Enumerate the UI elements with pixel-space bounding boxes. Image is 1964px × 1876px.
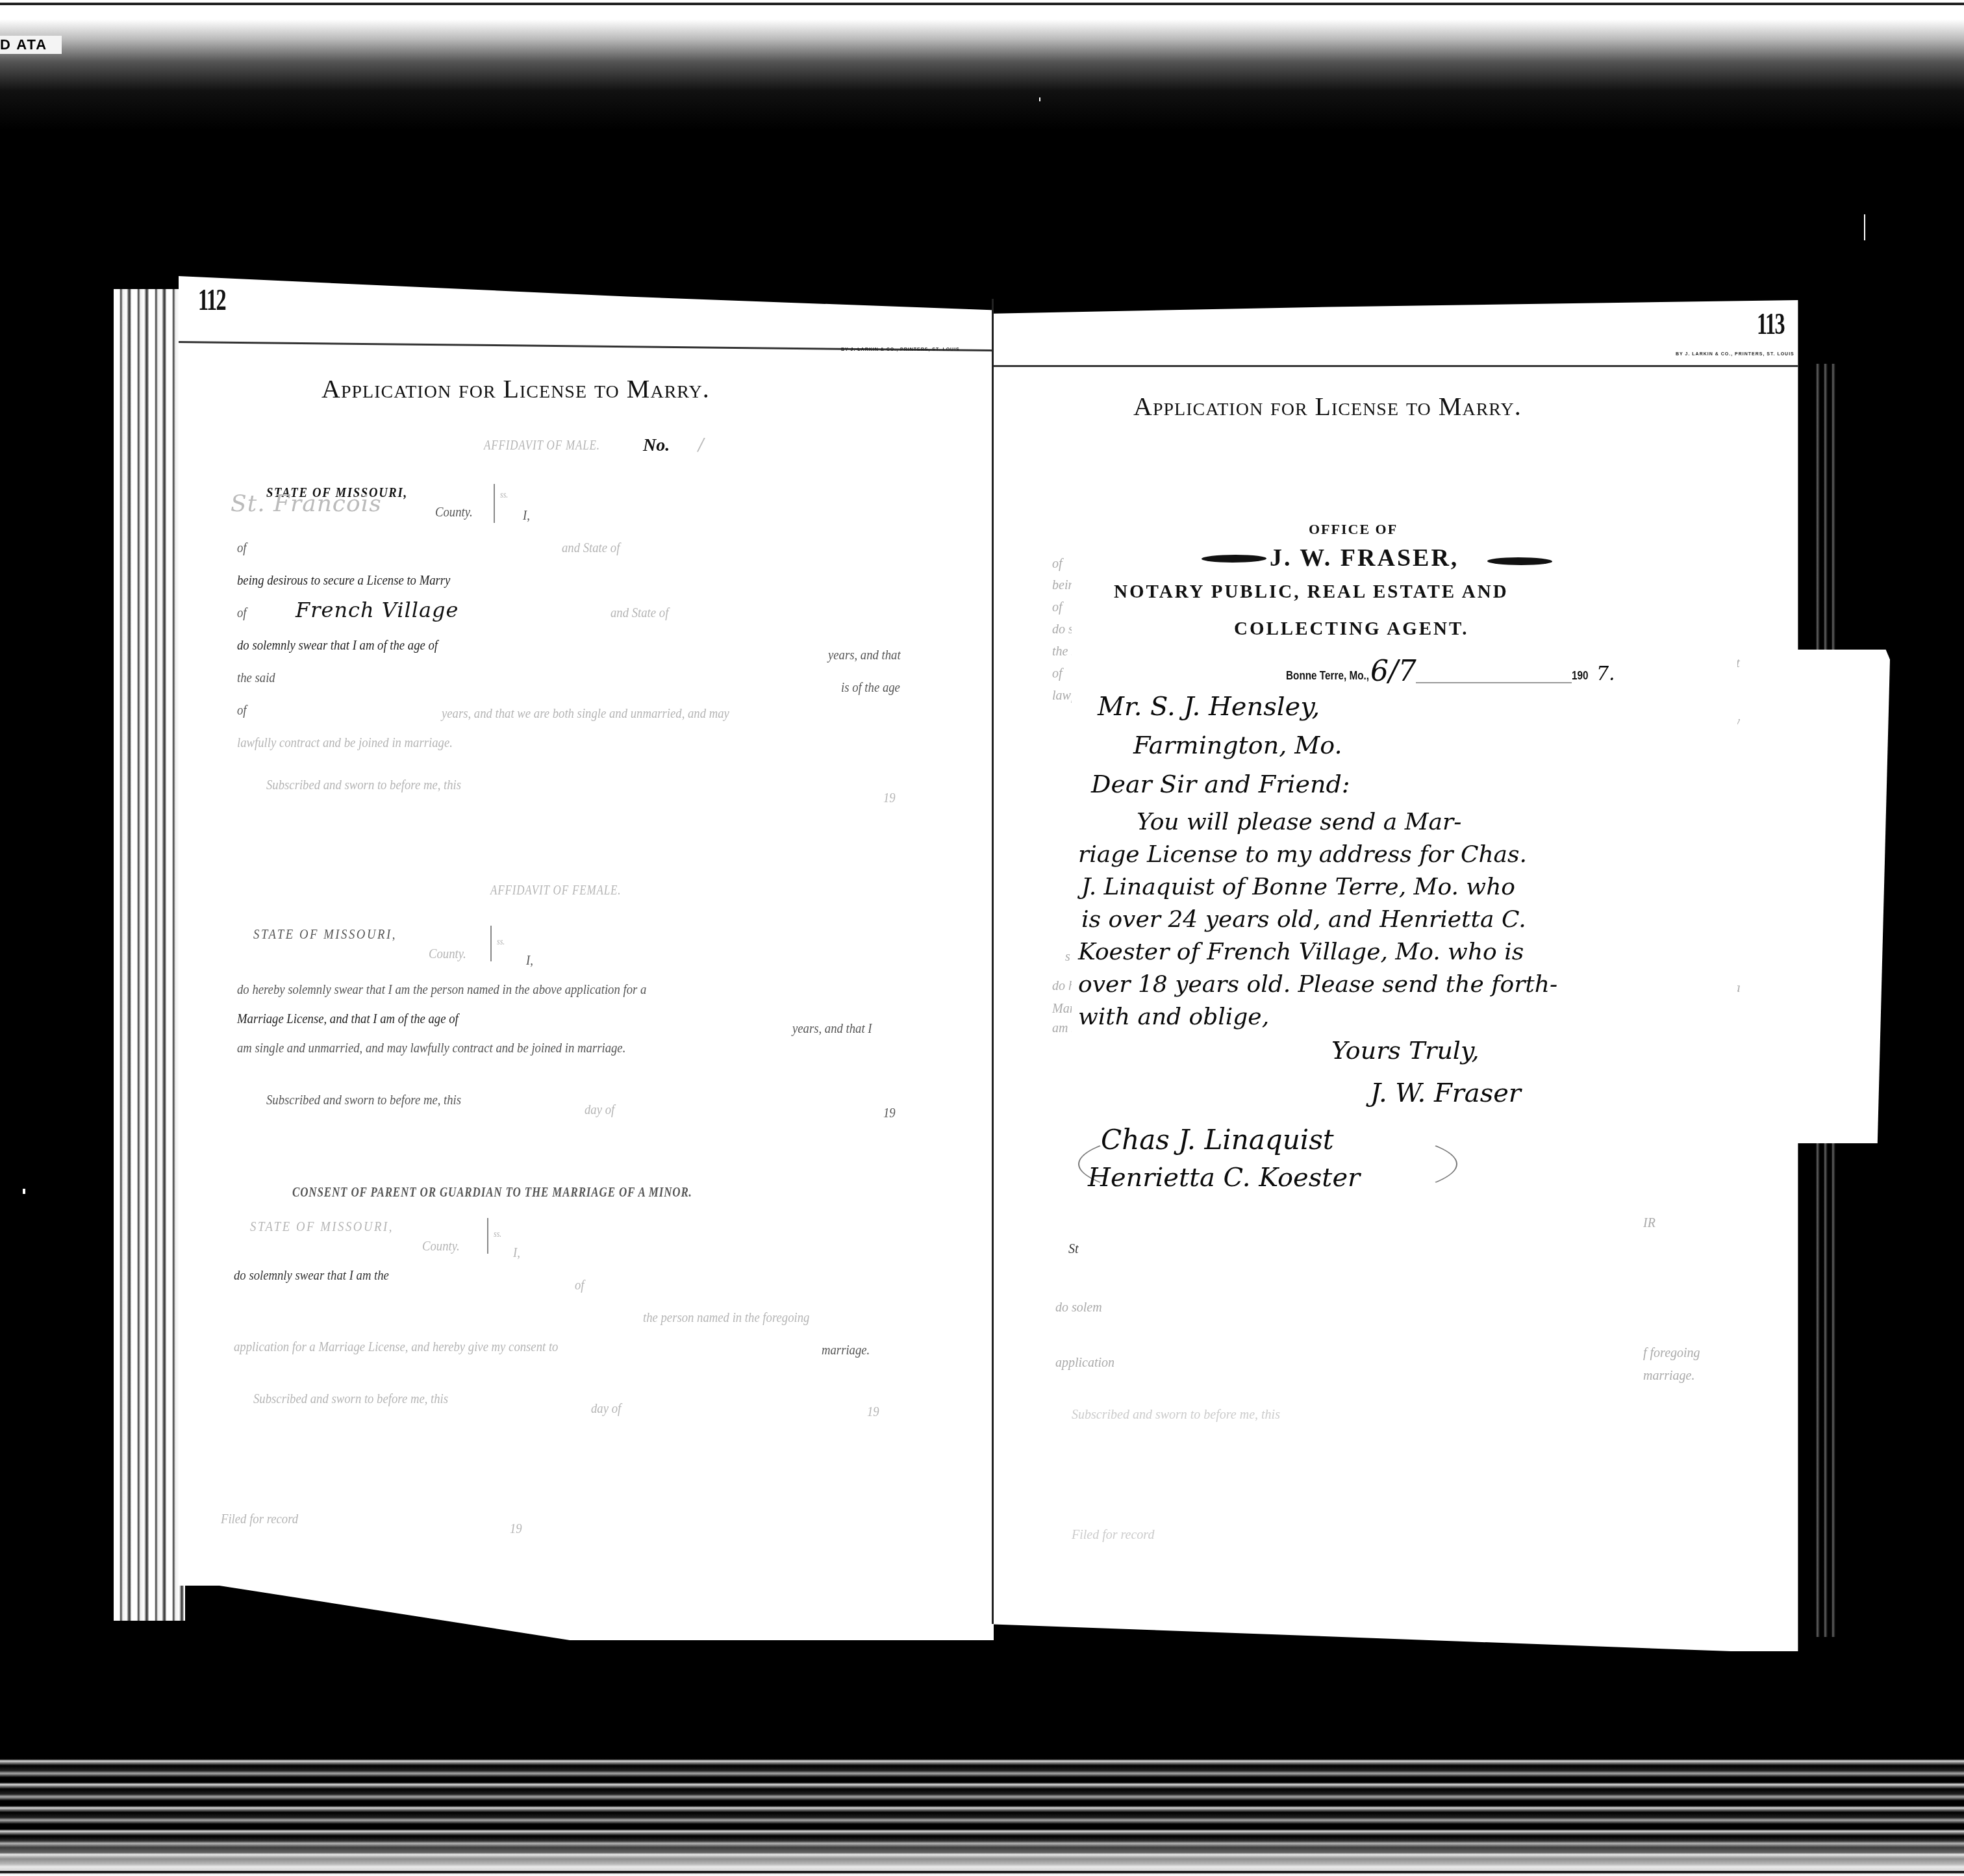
female-county-label: County. [429, 945, 466, 962]
female-state-line: STATE OF MISSOURI, [253, 926, 397, 943]
fragment: f foregoing [1643, 1346, 1700, 1361]
female-day-of: day of [585, 1101, 614, 1118]
consent-line-2-tail: the person named in the foregoing [643, 1309, 809, 1326]
body-line: riage License to my address for Chas. [1078, 841, 1527, 868]
applicant-bride: Henrietta C. Koester [1088, 1163, 1360, 1193]
fragment: Subscribed and sworn to before me, this [1072, 1408, 1280, 1423]
recipient-city: Farmington, Mo. [1133, 731, 1342, 759]
male-line-4-tail: years, and that [828, 646, 901, 663]
closing: Yours Truly, [1331, 1036, 1479, 1065]
i-label: I, [523, 507, 530, 524]
film-scratch [23, 1189, 25, 1194]
left-page: 112 BY J. LARKIN & CO., PRINTERS, ST. LO… [179, 276, 994, 1640]
page-title: Application for License to Marry. [321, 374, 710, 404]
female-line-1: do hereby solemnly swear that I am the p… [237, 981, 646, 998]
consent-i-label: I, [513, 1244, 520, 1261]
body-line: Koester of French Village, Mo. who is [1078, 939, 1524, 965]
male-line-2: being desirous to secure a License to Ma… [237, 572, 450, 589]
female-i-label: I, [526, 952, 533, 969]
dateline-year-hw: 7. [1596, 663, 1615, 685]
consent-year-prefix: 19 [867, 1403, 879, 1420]
male-affidavit-heading: AFFIDAVIT OF MALE. [484, 438, 600, 453]
fragment: do solem [1055, 1300, 1102, 1315]
body-line: over 18 years old. Please send the forth… [1078, 971, 1557, 998]
body-line: J. Linaquist of Bonne Terre, Mo. who [1081, 874, 1515, 900]
fragment: marriage. [1643, 1369, 1694, 1384]
consent-ss-label: ss. [494, 1230, 501, 1240]
book-gutter [992, 299, 994, 1624]
ornament-right [1486, 557, 1554, 565]
page-number: 113 [1757, 307, 1784, 341]
consent-line-1: do solemnly swear that I am the [234, 1267, 389, 1284]
dateline-date: 6/7 [1370, 655, 1416, 688]
date-rule [1416, 682, 1572, 683]
letterhead-line-1: NOTARY PUBLIC, REAL ESTATE AND [1114, 581, 1509, 603]
consent-subscribed: Subscribed and sworn to before me, this [253, 1390, 448, 1407]
applicant-groom: Chas J. Linaquist [1101, 1124, 1334, 1156]
female-line-3: am single and unmarried, and may lawfull… [237, 1039, 625, 1056]
male-line-4: do solemnly swear that I am of the age o… [237, 637, 438, 653]
letterhead-office-of: OFFICE OF [1309, 521, 1398, 538]
female-subscribed: Subscribed and sworn to before me, this [266, 1091, 461, 1108]
fragment: St [1068, 1242, 1079, 1257]
film-bottom-rule [0, 1871, 1964, 1873]
fragment: s [1065, 950, 1070, 965]
page-title: Application for License to Marry. [1133, 391, 1522, 422]
no-value: / [698, 435, 705, 455]
filed-for-record: Filed for record [221, 1510, 298, 1527]
fragment: of [1052, 557, 1063, 572]
inserted-letter: OFFICE OF J. W. FRASER, NOTARY PUBLIC, R… [1072, 448, 1737, 1195]
consent-day-of: day of [591, 1400, 621, 1417]
film-scratch [1039, 97, 1040, 101]
male-line-3-tail: and State of [611, 604, 668, 621]
signature: J. W. Fraser [1370, 1078, 1521, 1108]
fragment: Filed for record [1072, 1528, 1154, 1543]
male-line-1: of [237, 539, 247, 556]
consent-state-line: STATE OF MISSOURI, [250, 1218, 394, 1235]
male-year-prefix: 19 [883, 789, 896, 806]
male-line-5-tail: is of the age [841, 679, 900, 696]
brace [494, 484, 501, 523]
page-number: 112 [198, 283, 225, 317]
consent-of-label: of [575, 1276, 585, 1293]
no-label: No. [643, 435, 670, 456]
letterhead-name: J. W. FRASER, [1270, 544, 1459, 572]
male-line-6-tail: years, and that we are both single and u… [442, 705, 729, 722]
film-scratch [1864, 214, 1865, 240]
dateline-year: 190 [1572, 669, 1589, 683]
film-label: D ATA [0, 36, 62, 54]
male-line-1-tail: and State of [562, 539, 620, 556]
printer-mark: BY J. LARKIN & CO., PRINTERS, ST. LOUIS [841, 348, 960, 352]
ornament-left [1200, 555, 1268, 563]
fragment: application [1055, 1356, 1114, 1371]
female-line-2: Marriage License, and that I am of the a… [237, 1010, 459, 1027]
book-page-edges [114, 289, 185, 1621]
fragment: of [1052, 666, 1063, 681]
fragment: IR [1643, 1216, 1656, 1231]
body-line: is over 24 years old, and Henrietta C. [1081, 906, 1526, 933]
fragment: of [1052, 600, 1063, 615]
county-label: County. [435, 503, 473, 520]
male-line-7: lawfully contract and be joined in marri… [237, 734, 453, 751]
printer-mark: BY J. LARKIN & CO., PRINTERS, ST. LOUIS [1676, 352, 1794, 357]
male-line-5: the said [237, 669, 275, 686]
dateline-place: Bonne Terre, Mo., [1286, 669, 1369, 683]
county-handwritten: St. Francois [231, 490, 382, 517]
recipient: Mr. S. J. Hensley, [1098, 692, 1320, 722]
male-line-6: of [237, 702, 247, 718]
consent-line-3: application for a Marriage License, and … [234, 1338, 558, 1355]
body-line: with and oblige, [1078, 1004, 1269, 1030]
female-affidavit-heading: AFFIDAVIT OF FEMALE. [490, 883, 621, 898]
letterhead-line-2: COLLECTING AGENT. [1234, 618, 1468, 640]
female-year-prefix: 19 [883, 1104, 896, 1121]
male-line-3: of [237, 604, 247, 621]
film-top-rule [0, 3, 1964, 5]
consent-heading: CONSENT OF PARENT OR GUARDIAN TO THE MAR… [292, 1185, 692, 1200]
female-ss-label: ss. [497, 937, 505, 948]
film-top-fade [0, 0, 1964, 130]
consent-line-3-tail: marriage. [822, 1341, 870, 1358]
salutation: Dear Sir and Friend: [1091, 770, 1350, 798]
male-subscribed: Subscribed and sworn to before me, this [266, 776, 461, 793]
ss-label: ss. [500, 490, 508, 501]
header-rule [994, 365, 1832, 367]
male-line-3-fill: French Village [296, 598, 459, 622]
consent-county-label: County. [422, 1237, 460, 1254]
filed-year-prefix: 19 [510, 1520, 522, 1537]
female-years-tail: years, and that I [792, 1020, 872, 1037]
body-line: You will please send a Mar- [1137, 809, 1461, 835]
